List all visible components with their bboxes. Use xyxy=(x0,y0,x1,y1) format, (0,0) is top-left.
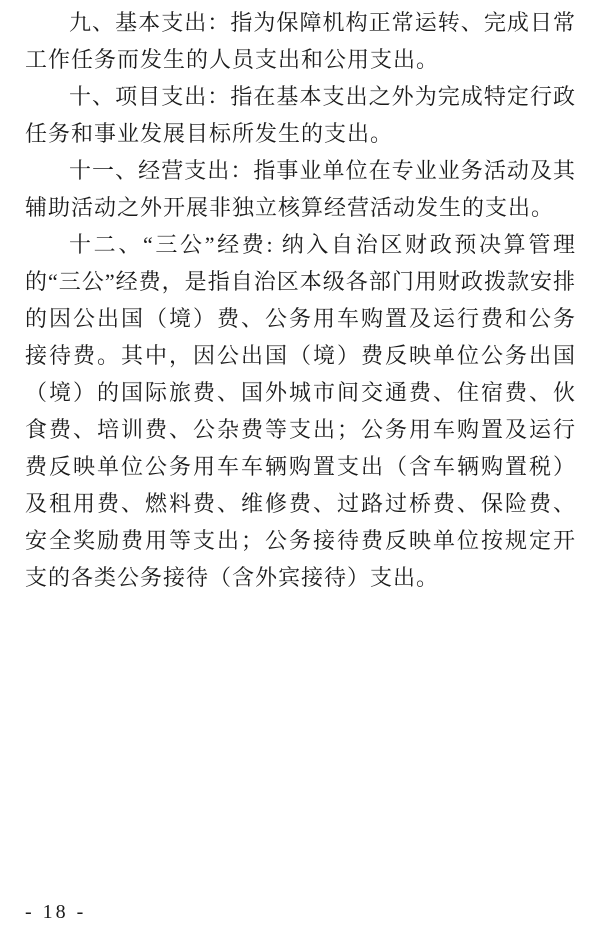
paragraph-item-11-operating-expenditure: 十一、经营支出：指事业单位在专业业务活动及其辅助活动之外开展非独立核算经营活动发… xyxy=(25,152,576,226)
document-text-block: 九、基本支出：指为保障机构正常运转、完成日常工作任务而发生的人员支出和公用支出。… xyxy=(25,4,576,596)
document-page: 九、基本支出：指为保障机构正常运转、完成日常工作任务而发生的人员支出和公用支出。… xyxy=(0,0,600,943)
paragraph-item-12-three-public-funds: 十二、“三公”经费: 纳入自治区财政预决算管理的“三公”经费，是指自治区本级各部… xyxy=(25,226,576,596)
page-number: - 18 - xyxy=(25,901,86,923)
paragraph-item-9-basic-expenditure: 九、基本支出：指为保障机构正常运转、完成日常工作任务而发生的人员支出和公用支出。 xyxy=(25,4,576,78)
paragraph-item-10-project-expenditure: 十、项目支出：指在基本支出之外为完成特定行政任务和事业发展目标所发生的支出。 xyxy=(25,78,576,152)
